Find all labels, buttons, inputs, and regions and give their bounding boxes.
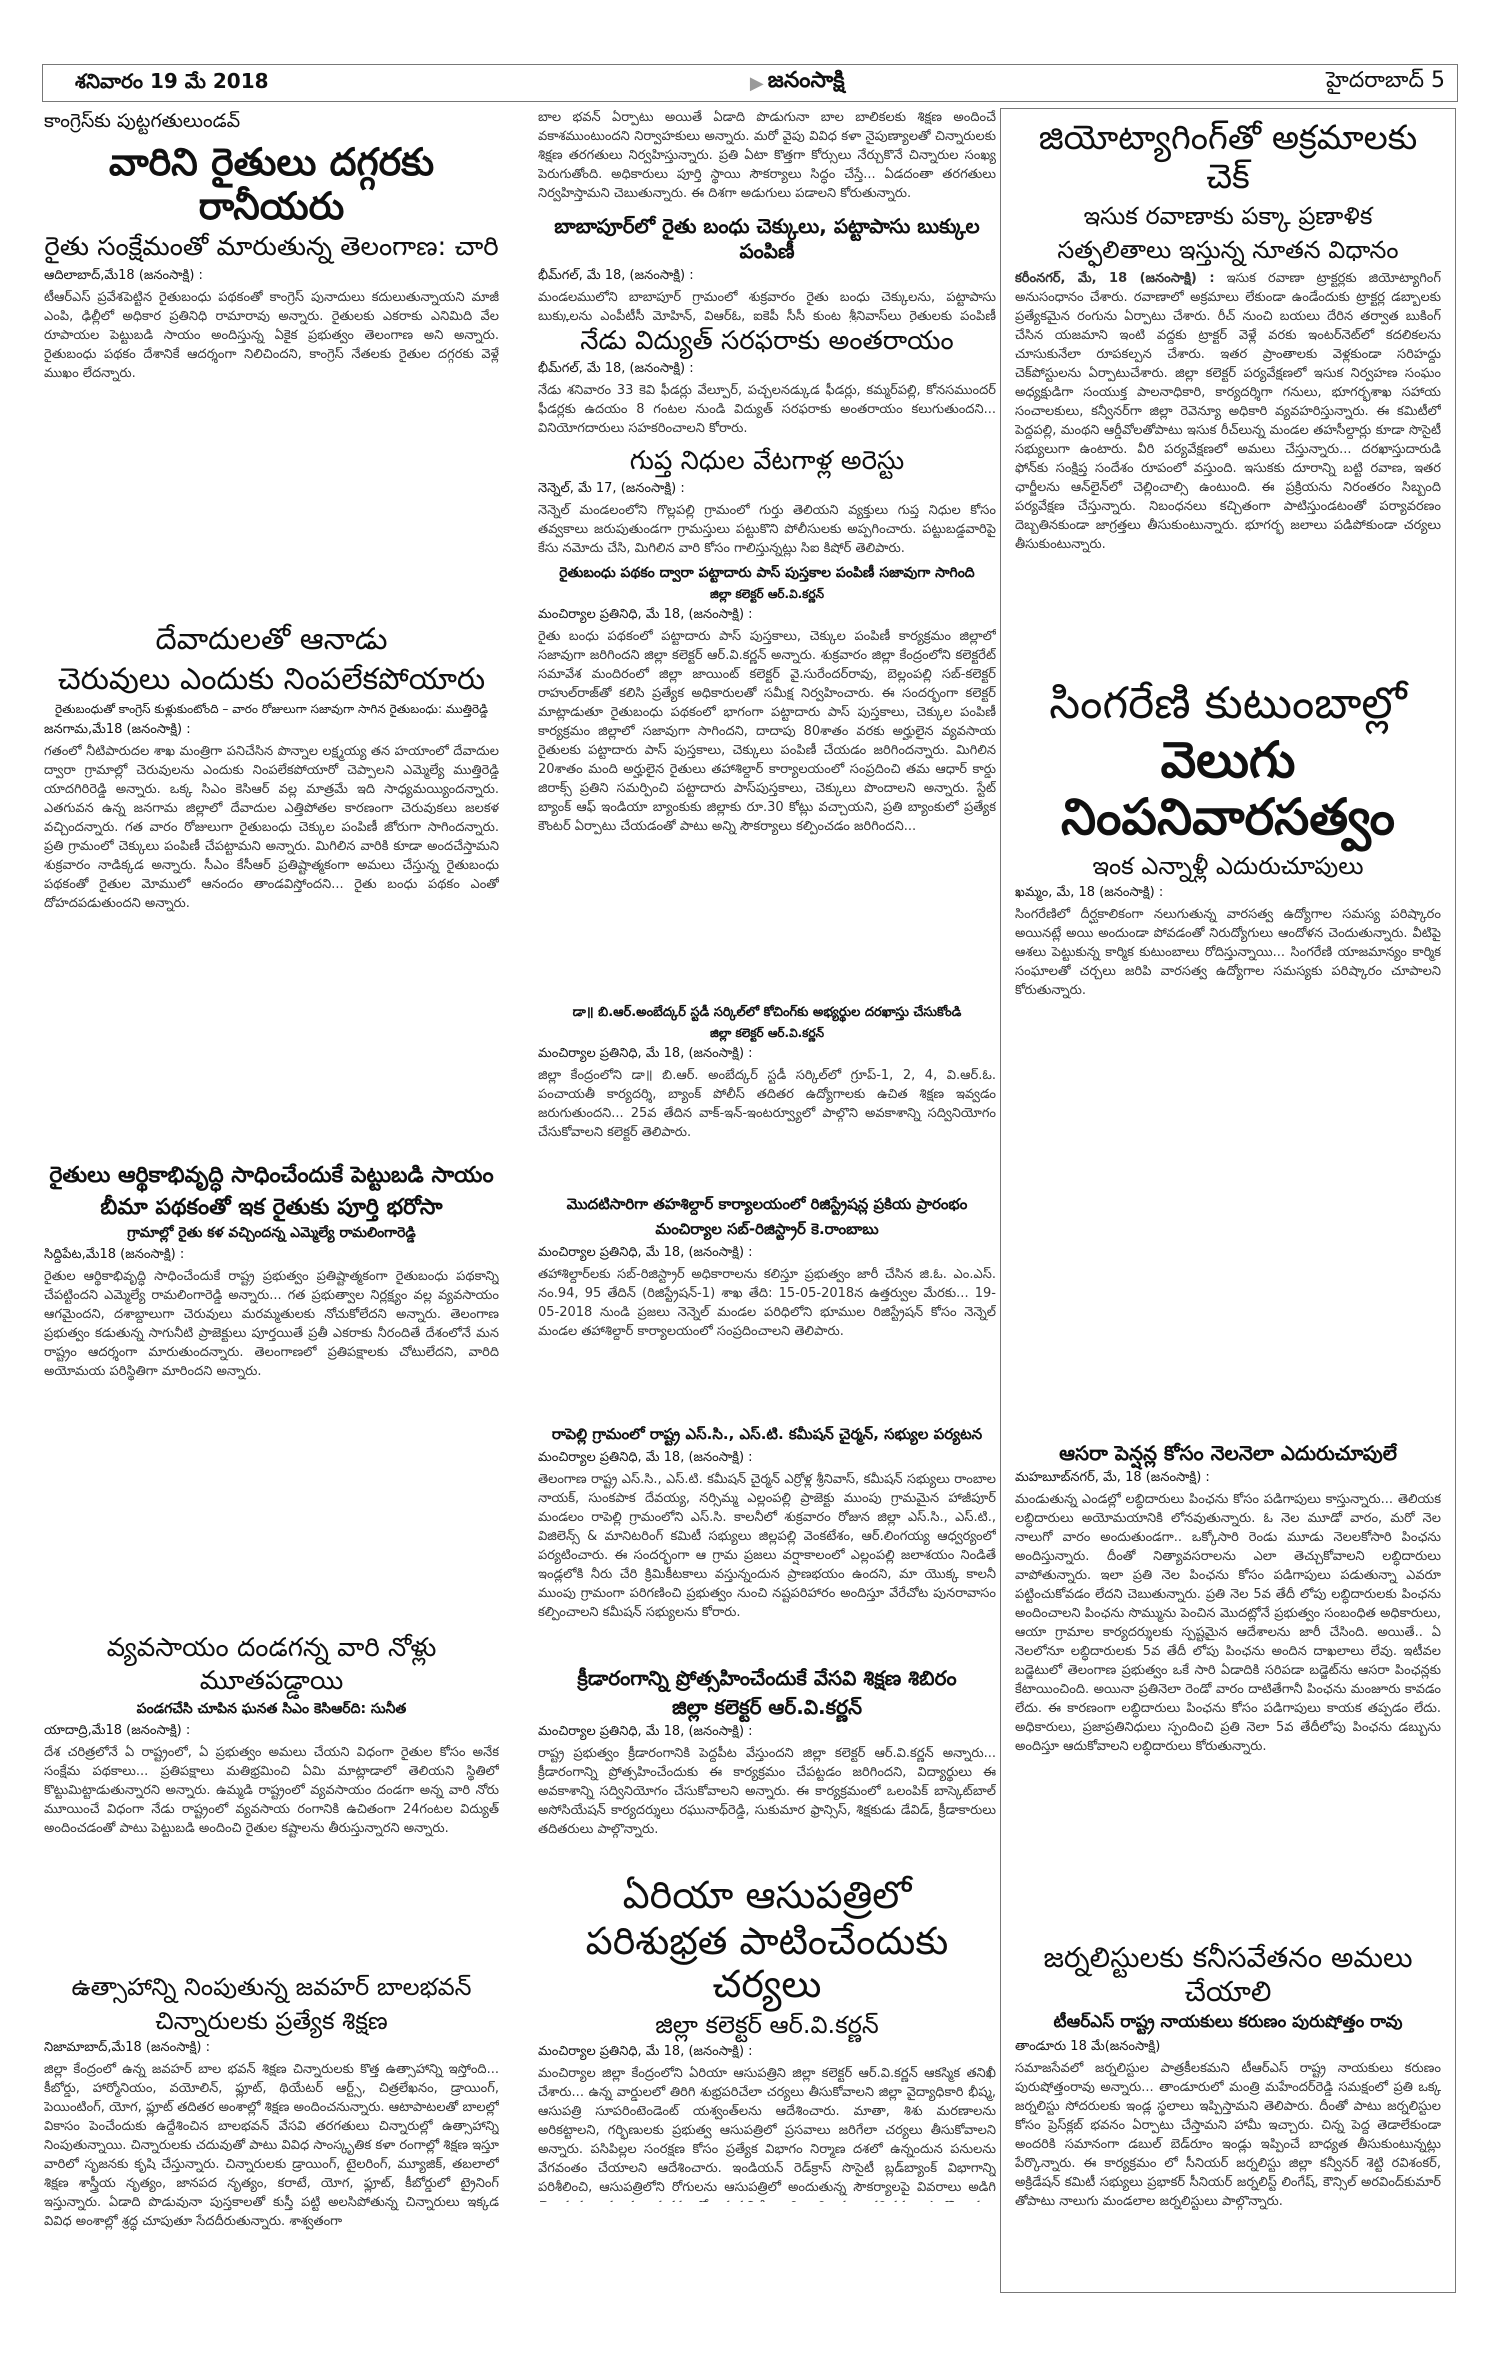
article-body: గతంలో నీటిపారుదల శాఖ మంత్రిగా పనిచేసిన ప… xyxy=(44,742,499,1142)
article: ఉత్సాహాన్ని నింపుతున్న జవహర్ బాలభవన్ చిన… xyxy=(44,1968,499,2298)
article-dateline: మంచిర్యాల ప్రతినిధి, మే 18, (జనంసాక్షి) … xyxy=(538,1450,996,1468)
article-dateline: జనగామ,మే18 (జనంసాక్షి) : xyxy=(44,722,499,740)
article-headline: రైతులు ఆర్థికాభివృద్ధి సాధించేందుకే పెట్… xyxy=(44,1162,499,1190)
article-body: నేడు శనివారం 33 కెవి ఫీడర్లు వేల్పూర్, ప… xyxy=(538,381,996,439)
article-dateline: తాండూరు 18 మే(జనంసాక్షి) xyxy=(1015,2039,1441,2057)
article-headline-2: చిన్నారులకు ప్రత్యేక శిక్షణ xyxy=(44,2006,499,2036)
article-headline: రైతుబంధు పథకం ద్వారా పట్టాదారు పాస్ పుస్… xyxy=(538,565,996,584)
article-headline-3: సత్ఫలితాలు ఇస్తున్న నూతన విధానం xyxy=(1015,235,1441,265)
newspaper-page: శనివారం 19 మే 2018 ▶ జనంసాక్షి హైదరాబాద్… xyxy=(42,64,1458,102)
article: కాంగ్రెస్‌కు పుట్టగతులుండవ్ వారిని రైతుల… xyxy=(44,108,499,618)
article-headline-2: బీమా పథకంతో ఇక రైతుకు పూర్తి భరోసా xyxy=(44,1194,499,1222)
article-body: జిల్లా కేంద్రంలోని డా॥ బి.ఆర్. అంబేద్కర్… xyxy=(538,1066,996,1192)
article-headline: జర్నలిస్టులకు కనీసవేతనం అమలు చేయాలి xyxy=(1015,1941,1441,2008)
article-headline-2: చెరువులు ఎందుకు నింపలేకపోయారు xyxy=(44,662,499,698)
article-headline: మొదటిసారిగా తహశిల్దార్ కార్యాలయంలో రిజిస… xyxy=(538,1195,996,1217)
article-headline: నేడు విద్యుత్ సరఫరాకు అంతరాయం xyxy=(538,326,996,357)
article-body: తహాశిల్దార్‌లకు సబ్-రిజిస్ట్రార్ అధికారా… xyxy=(538,1265,996,1422)
article-headline-2: ఇసుక రవాణాకు పక్కా ప్రణాళిక xyxy=(1015,201,1441,231)
article: వ్యవసాయం దండగన్న వారి నోళ్లు మూతపడ్డాయి … xyxy=(44,1628,499,1968)
article-dateline: భీమ్‌గల్, మే 18, (జనంసాక్షి) : xyxy=(538,268,996,286)
left-column: కాంగ్రెస్‌కు పుట్టగతులుండవ్ వారిని రైతుల… xyxy=(44,108,499,2298)
article-dateline: నెన్నెల్, మే 17, (జనంసాక్షి) : xyxy=(538,481,996,499)
article-byline: జిల్లా కలెక్టర్ ఆర్.వి.కర్ణన్ xyxy=(538,1026,996,1043)
article-continuation: బాల భవన్ ఏర్పాటు అయితే ఏడాది పొడుగునా బా… xyxy=(538,108,996,204)
logo-text: జనంసాక్షి xyxy=(768,68,845,98)
article-byline: జిల్లా కలెక్టర్ ఆర్.వి.కర్ణన్ xyxy=(538,587,996,604)
article-byline: జిల్లా కలెక్టర్ ఆర్.వి.కర్ణన్ xyxy=(538,1695,996,1720)
article: రైతులు ఆర్థికాభివృద్ధి సాధించేందుకే పెట్… xyxy=(44,1158,499,1628)
article-subhead: రైతు సంక్షేమంతో మారుతున్న తెలంగాణ: చారి xyxy=(44,232,499,263)
article: గుప్త నిధుల వేటగాళ్ల అరెస్టు నెన్నెల్, మ… xyxy=(538,442,996,562)
article-headline: రాపెల్లి గ్రామంలో రాష్ట్ర ఎస్.సి., ఎస్.ట… xyxy=(538,1425,996,1447)
article: మొదటిసారిగా తహశిల్దార్ కార్యాలయంలో రిజిస… xyxy=(538,1192,996,1422)
article-body: సమాజసేవలో జర్నలిస్టుల పాత్రకీలకమని టీఆర్… xyxy=(1015,2059,1441,2277)
article-headline: జియోట్యాగింగ్‌తో అక్రమాలకు చెక్ xyxy=(1015,119,1441,197)
article-body: తెలంగాణ రాష్ట్ర ఎస్.సి., ఎస్.టి. కమీషన్ … xyxy=(538,1470,996,1662)
article: డా॥ బి.ఆర్.అంబేద్కర్ స్టడీ సర్కిల్‌లో కో… xyxy=(538,1002,996,1192)
article-subhead: ఇంక ఎన్నాళ్లీ ఎదురుచూపులు xyxy=(1015,851,1441,881)
article-dateline: మంచిర్యాల ప్రతినిధి, మే 18, (జనంసాక్షి) … xyxy=(538,607,996,625)
article-body: కరీంనగర్, మే, 18 (జనంసాక్షి) : ఇసుక రవాణ… xyxy=(1015,269,1441,677)
article: జియోట్యాగింగ్‌తో అక్రమాలకు చెక్ ఇసుక రవా… xyxy=(1015,117,1441,677)
article-body: రాష్ట్ర ప్రభుత్వం క్రీడారంగానికి పెద్దపీ… xyxy=(538,1744,996,1872)
article-dateline: మంచిర్యాల ప్రతినిధి, మే 18, (జనంసాక్షి) … xyxy=(538,2044,996,2062)
article-text: ఇసుక రవాణా ట్రాక్టర్లకు జియోట్యాగింగ్ అన… xyxy=(1015,271,1441,552)
article-headline: సింగరేణి కుటుంబాల్లో xyxy=(1015,679,1441,730)
article-body: మండుతున్న ఎండల్లో లబ్ధిదారులు పింఛను కోస… xyxy=(1015,1490,1441,1930)
article-body: దేశ చరిత్రలోనే ఏ రాష్ట్రంలో, ఏ ప్రభుత్వం… xyxy=(44,1743,499,1968)
article-dateline: మంచిర్యాల ప్రతినిధి, మే 18, (జనంసాక్షి) … xyxy=(538,1046,996,1064)
article-body: నెన్నెల్ మండలంలోని గొల్లపల్లి గ్రామంలో గ… xyxy=(538,501,996,559)
masthead: శనివారం 19 మే 2018 ▶ జనంసాక్షి హైదరాబాద్… xyxy=(42,64,1458,102)
article-body: రైతుల ఆర్థికాభివృద్ధి సాధించేందుకే రాష్ట… xyxy=(44,1267,499,1607)
article-headline: వ్యవసాయం దండగన్న వారి నోళ్లు మూతపడ్డాయి xyxy=(44,1632,499,1697)
article-kicker: కాంగ్రెస్‌కు పుట్టగతులుండవ్ xyxy=(44,110,499,137)
article-headline: ఏరియా ఆసుపత్రిలో xyxy=(538,1874,996,1918)
article: ఏరియా ఆసుపత్రిలో పరిశుభ్రత పాటించేందుకు … xyxy=(538,1872,996,2202)
article-subhead: రైతుబంధుతో కాంగ్రెస్ కుళ్లుకుంటోంది – వా… xyxy=(44,702,499,719)
article-dateline: భీమ్‌గల్, మే 18, (జనంసాక్షి) : xyxy=(538,361,996,379)
arrow-icon: ▶ xyxy=(750,73,764,94)
article-body: రైతు బంధు పథకంలో పట్టాదారు పాస్ పుస్తకాల… xyxy=(538,627,996,1002)
article-headline-2: వెలుగు నింపనివారసత్వం xyxy=(1015,732,1441,847)
article-dateline: నిజామాబాద్,మే18 (జనంసాక్షి) : xyxy=(44,2040,499,2058)
article: జర్నలిస్టులకు కనీసవేతనం అమలు చేయాలి టీఆర… xyxy=(1015,1937,1441,2277)
article: రైతుబంధు పథకం ద్వారా పట్టాదారు పాస్ పుస్… xyxy=(538,562,996,1002)
issue-date: శనివారం 19 మే 2018 xyxy=(75,69,269,98)
article-byline: జిల్లా కలెక్టర్ ఆర్.వి.కర్ణన్ xyxy=(538,2011,996,2040)
article-dateline: మంచిర్యాల ప్రతినిధి, మే 18, (జనంసాక్షి) … xyxy=(538,1724,996,1742)
article: రాపెల్లి గ్రామంలో రాష్ట్ర ఎస్.సి., ఎస్.ట… xyxy=(538,1422,996,1662)
publication-logo: ▶ జనంసాక్షి xyxy=(750,68,845,98)
article-headline: డా॥ బి.ఆర్.అంబేద్కర్ స్టడీ సర్కిల్‌లో కో… xyxy=(538,1005,996,1023)
article-headline: వారిని రైతులు దగ్గరకు రానీయరు xyxy=(44,141,499,228)
article: నేడు విద్యుత్ సరఫరాకు అంతరాయం భీమ్‌గల్, … xyxy=(538,322,996,442)
article-subhead: పండగచేసి చూపిన ఘనత సిఎం కెసిఆర్‌ది: సునీ… xyxy=(44,1701,499,1720)
edition-page: హైదరాబాద్ 5 xyxy=(1326,68,1445,98)
article-headline-2: పరిశుభ్రత పాటించేందుకు చర్యలు xyxy=(538,1920,996,2007)
article-headline: క్రీడారంగాన్ని ప్రోత్సహించేందుకే వేసవి శ… xyxy=(538,1666,996,1691)
article-dateline: కరీంనగర్, మే, 18 (జనంసాక్షి) : xyxy=(1015,271,1215,286)
article-headline: బాబాపూర్‌లో రైతు బంధు చెక్కులు, పట్టాపాస… xyxy=(538,214,996,264)
middle-column: బాల భవన్ ఏర్పాటు అయితే ఏడాది పొడుగునా బా… xyxy=(538,108,996,2202)
article: దేవాదులతో ఆనాడు చెరువులు ఎందుకు నింపలేకప… xyxy=(44,618,499,1158)
article-headline: దేవాదులతో ఆనాడు xyxy=(44,622,499,658)
article-headline: ఆసరా పెన్షన్ల కోసం నెలనెలా ఎదురుచూపులే xyxy=(1015,1441,1441,1466)
article-byline: మంచిర్యాల సబ్-రిజిస్ట్రార్ కె.రాంబాబు xyxy=(538,1220,996,1242)
article: బాబాపూర్‌లో రైతు బంధు చెక్కులు, పట్టాపాస… xyxy=(538,210,996,322)
article-body: జిల్లా కేంద్రంలో ఉన్న జవహర్ బాల భవన్ శిక… xyxy=(44,2060,499,2290)
article-dateline: మంచిర్యాల ప్రతినిధి, మే 18, (జనంసాక్షి) … xyxy=(538,1245,996,1263)
article-body: మంచిర్యాల జిల్లా కేంద్రంలోని ఏరియా ఆసుపత… xyxy=(538,2064,996,2202)
article-headline: ఉత్సాహాన్ని నింపుతున్న జవహర్ బాలభవన్ xyxy=(44,1972,499,2002)
article-subhead: టీఆర్‌ఎస్ రాష్ట్ర నాయకులు కరుణం పురుషోత్… xyxy=(1015,2012,1441,2036)
article-subhead: గ్రామాల్లో రైతు కళ వచ్చిందన్న ఎమ్మెల్యే … xyxy=(44,1225,499,1244)
article-body: మండలములోని బాబాపూర్ గ్రామంలో శుక్రవారం ర… xyxy=(538,288,996,322)
article: క్రీడారంగాన్ని ప్రోత్సహించేందుకే వేసవి శ… xyxy=(538,1662,996,1872)
article-dateline: సిద్దిపేట,మే18 (జనంసాక్షి) : xyxy=(44,1247,499,1265)
article-headline: గుప్త నిధుల వేటగాళ్ల అరెస్టు xyxy=(538,446,996,477)
article-dateline: ఖమ్మం, మే, 18 (జనంసాక్షి) : xyxy=(1015,885,1441,903)
article-body: టీఆర్‌ఎస్ ప్రవేశపెట్టిన రైతుబంధు పథకంతో … xyxy=(44,288,499,618)
article-body: సింగరేణిలో దీర్ఘకాలికంగా నలుగుతున్న వారస… xyxy=(1015,905,1441,1437)
article-dateline: యాదాద్రి,మే18 (జనంసాక్షి) : xyxy=(44,1723,499,1741)
article: ఆసరా పెన్షన్ల కోసం నెలనెలా ఎదురుచూపులే మ… xyxy=(1015,1437,1441,1937)
right-column-box: జియోట్యాగింగ్‌తో అక్రమాలకు చెక్ ఇసుక రవా… xyxy=(1000,108,1456,2293)
article-dateline: మహబూబ్‌నగర్, మే, 18 (జనంసాక్షి) : xyxy=(1015,1470,1441,1488)
article-dateline: ఆదిలాబాద్,మే18 (జనంసాక్షి) : xyxy=(44,268,499,286)
article: సింగరేణి కుటుంబాల్లో వెలుగు నింపనివారసత్… xyxy=(1015,677,1441,1437)
